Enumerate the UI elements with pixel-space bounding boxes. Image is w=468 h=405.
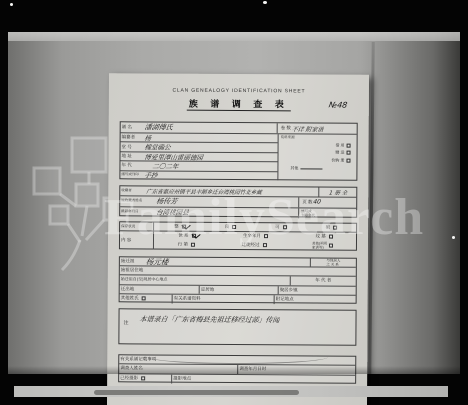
note-handwritten-text: 本谱录自「广东省梅县先祖迁移经过部」传闻 <box>139 314 280 325</box>
source-option-other: 其他 <box>290 165 354 171</box>
field-label: 摄影地点 <box>172 376 192 382</box>
option-label: 生卒年月 <box>242 233 262 239</box>
field-label: 聚居乡镇 <box>279 287 299 293</box>
field-value-handwritten: 不详 附家谱 <box>291 124 324 133</box>
field-label: 始祖居住地 <box>120 268 145 274</box>
checkbox-icon <box>347 143 351 147</box>
checkbox-icon <box>141 377 145 381</box>
field-label: 有关系谱资料 <box>173 296 202 302</box>
table-row: 摄影年月日 台湾桃园县 缮写或 刊印年代 <box>120 207 356 219</box>
volumes-cell: 卷 数 不详 附家谱 <box>277 123 357 133</box>
section-holder-info: 收藏者 广东省嘉应州镇平县丰顺乡迁台湾桃园竹北乡藏 1 册 全 原收藏者姓名 杨… <box>119 185 357 217</box>
field-label: 内 容 <box>120 231 154 249</box>
field-label: 地 址 <box>120 153 144 159</box>
option-label: 世 系 <box>177 233 189 239</box>
field-label: 已经摄影 <box>119 376 139 382</box>
option-label: 迁徙经过 <box>240 242 260 248</box>
field-value-handwritten: 1 册 全 <box>328 188 347 196</box>
option-label: 其他 <box>290 165 298 171</box>
checkbox-icon <box>329 235 333 239</box>
field-value-handwritten: 槐堂确公 <box>144 143 278 153</box>
field-value-handwritten: 40 <box>313 199 322 206</box>
checkbox-icon <box>191 243 195 247</box>
option-label: 其他(祠规家训等) <box>312 241 327 249</box>
film-edge-strip <box>14 386 448 397</box>
film-smudge <box>94 390 299 395</box>
field-label: 定居地 <box>200 286 216 292</box>
field-label: 与现居人之 关 系 <box>326 259 340 267</box>
source-box-title: 资料来源 <box>281 135 355 140</box>
field-label: 调查年月日时 <box>238 366 267 372</box>
table-row: 其他姓氏 有关系谱资料 附记地点 <box>120 294 356 305</box>
note-label: 注 <box>122 320 129 326</box>
field-label: 原收藏者姓名 <box>120 199 156 204</box>
field-label: 附记地点 <box>275 297 295 303</box>
checkbox-checked-icon <box>182 225 186 229</box>
microfilm-frame: CLAN GENEALOGY IDENTIFICATION SHEET 族 谱 … <box>0 0 468 405</box>
field-label: 缮写或刊印 <box>120 173 144 178</box>
photo-area: CLAN GENEALOGY IDENTIFICATION SHEET 族 谱 … <box>8 32 460 374</box>
field-value-handwritten: 台湾桃园县 <box>156 208 299 218</box>
section-basic-info: 谱 名 潘湖傅氏 卷 数 不详 附家谱 编纂者 杨 堂 号 <box>119 121 357 180</box>
field-label: 年 代 者 <box>314 278 332 284</box>
field-label: 迁出地 <box>120 286 199 292</box>
field-value-handwritten: 手抄 <box>144 171 278 180</box>
document-edge-crease <box>368 42 374 374</box>
field-label: 页 数 <box>301 199 313 205</box>
checkbox-checked-icon <box>192 234 196 238</box>
field-value-handwritten: 二〇二年 <box>144 161 278 171</box>
table-row: 调查人姓名 调查年月日时 <box>119 365 355 376</box>
field-label: 始迁祖 <box>120 258 146 264</box>
field-label: 调查人姓名 <box>119 366 237 373</box>
option-label: 借 用 <box>335 142 344 148</box>
source-option: 借 用 <box>281 142 351 148</box>
source-option: 价购 册 <box>280 157 350 163</box>
option-label: 坟 墓 <box>314 233 326 239</box>
field-label: 保存状况 <box>120 222 154 230</box>
field-label: 堂 号 <box>121 144 145 150</box>
option-label: 行 第 <box>177 242 189 248</box>
blank-line <box>300 165 322 169</box>
section-condition-contents: 保存状况 整 良 可 破 内 容 世 系 生卒年月 坟 墓 <box>119 221 357 250</box>
option-label: 价购 册 <box>331 157 344 163</box>
note-box: 注 本谱录自「广东省梅县先祖迁移经过部」传闻 <box>118 308 356 345</box>
field-label: 年 代 <box>120 163 144 169</box>
field-label: 谱 名 <box>121 124 145 130</box>
field-value-handwritten: 杨传芳 <box>156 197 299 208</box>
option-label: 可 <box>274 224 281 230</box>
section-ancestor-info: 始迁祖 杨元楼 与现居人之 关 系 始祖居住地 始迁祖自(至)现居中心地点 年 … <box>119 256 357 303</box>
field-label: 卷 数 <box>280 125 292 131</box>
checkbox-icon <box>283 225 287 229</box>
field-label: 其他姓氏 <box>120 296 140 302</box>
table-row: 缮写或刊印 手抄 <box>120 171 277 180</box>
dust-speck <box>452 236 455 239</box>
checkbox-icon <box>142 297 146 301</box>
option-label: 良 <box>224 224 231 230</box>
checkbox-icon <box>264 234 268 238</box>
dust-speck <box>10 3 13 6</box>
field-label: 收藏者 <box>120 188 146 193</box>
option-label: 整 <box>173 224 180 230</box>
film-scratch <box>148 350 328 364</box>
checkbox-icon <box>329 244 333 248</box>
field-label: 摄影年月日 <box>120 210 156 215</box>
checkbox-icon <box>347 151 351 155</box>
field-label: 始迁祖自(至)现居中心地点 <box>120 277 290 284</box>
field-value-handwritten: 杨 <box>144 133 278 143</box>
checkbox-icon <box>346 158 350 162</box>
field-value-handwritten: 潘湖傅氏 <box>144 122 277 133</box>
field-value-handwritten: 广东省嘉应州镇平县丰顺乡迁台湾桃园竹北乡藏 <box>146 187 319 196</box>
checkbox-icon <box>262 243 266 247</box>
field-label: 缮写或 刊印年代 <box>301 209 315 217</box>
option-label: 破 <box>325 225 332 231</box>
source-of-material-box: 资料来源 借 用 赠 送 价购 册 <box>278 134 356 180</box>
field-value-handwritten: 博爱里潭山雷丽德园 <box>144 152 278 162</box>
handwritten-annotation: №48 <box>328 101 348 110</box>
checkbox-icon <box>232 225 236 229</box>
option-label: 赠 送 <box>335 150 344 156</box>
form-english-title: CLAN GENEALOGY IDENTIFICATION SHEET <box>109 87 369 95</box>
source-option: 赠 送 <box>281 149 351 155</box>
checkbox-icon <box>333 226 337 230</box>
contents-row: 内 容 世 系 生卒年月 坟 墓 行 第 迁徙经过 其他(祠规家训等) <box>120 231 356 250</box>
field-label: 编纂者 <box>121 134 145 140</box>
dust-speck <box>263 1 267 4</box>
table-row: 已经摄影 摄影地点 <box>119 374 355 385</box>
